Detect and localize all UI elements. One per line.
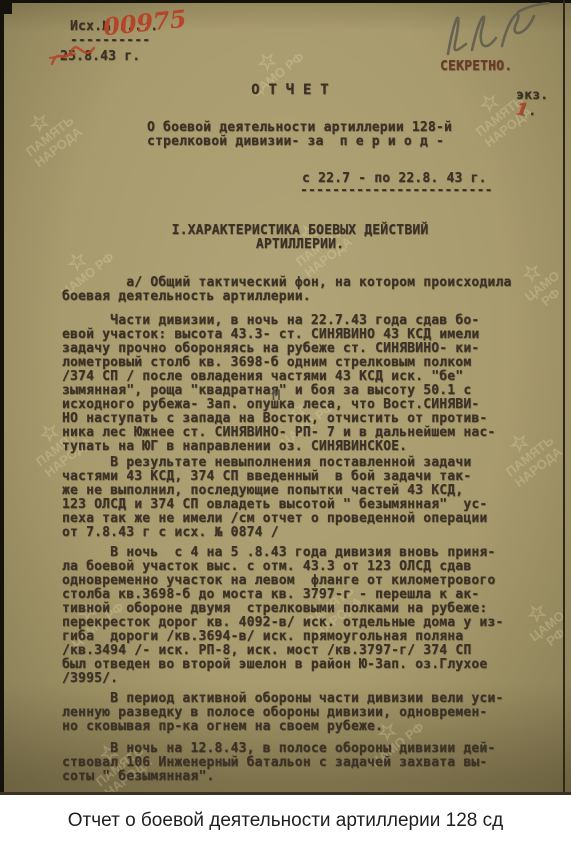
paragraph-tactical-background: а/ Общий тактический фон, на котором про… bbox=[62, 276, 562, 304]
secrecy-stamp: СЕКРЕТНО. bbox=[440, 60, 512, 74]
pencil-annotation-letter: М bbox=[272, 388, 280, 404]
scan-edge-left bbox=[0, 0, 4, 795]
star-watermark-icon: ☆ bbox=[236, 34, 298, 89]
copy-dot: . bbox=[528, 104, 536, 119]
red-scribble-over-date bbox=[46, 42, 98, 70]
paragraph-active-defense: В период активной обороны части дивизии … bbox=[62, 692, 564, 734]
paragraph-task-failure: В результате невыполнения поставленной з… bbox=[62, 456, 564, 540]
report-title: О Т Ч Е Т bbox=[90, 83, 490, 97]
scan-corner-dark bbox=[0, 0, 12, 14]
scanned-document-photo: ☆ПАМЯТЬ НАРОДА☆ЦАМО РФ☆ПАМЯТЬ НАРОДА☆ЦАМ… bbox=[0, 0, 571, 795]
caption-strip: Отчет о боевой деятельности артиллерии 1… bbox=[0, 795, 571, 847]
report-period-underline: ------------------------ bbox=[300, 184, 493, 198]
screenshot: ☆ПАМЯТЬ НАРОДА☆ЦАМО РФ☆ПАМЯТЬ НАРОДА☆ЦАМ… bbox=[0, 0, 571, 847]
section-heading: І.ХАРАКТЕРИСТИКА БОЕВЫХ ДЕЙСТВИЙ АРТИЛЛЕ… bbox=[90, 224, 510, 252]
paragraph-division-task: Части дивизии, в ночь на 22.7.43 года сд… bbox=[62, 314, 564, 454]
caption-text: Отчет о боевой деятельности артиллерии 1… bbox=[68, 810, 503, 832]
paragraph-new-sector: В ночь с 4 на 5 .8.43 года дивизия вновь… bbox=[62, 546, 564, 686]
star-watermark-icon: ☆ bbox=[11, 98, 68, 148]
watermark: ☆ПАМЯТЬ НАРОДА bbox=[11, 98, 85, 170]
paragraph-engineer-battalion: В ночь на 12.8.43, в полосе обороны диви… bbox=[62, 742, 564, 784]
report-subtitle: О боевой деятельности артиллерии 128-й с… bbox=[147, 121, 452, 149]
pencil-signature bbox=[430, 2, 550, 60]
handwritten-copy-number: 1 bbox=[515, 102, 529, 118]
